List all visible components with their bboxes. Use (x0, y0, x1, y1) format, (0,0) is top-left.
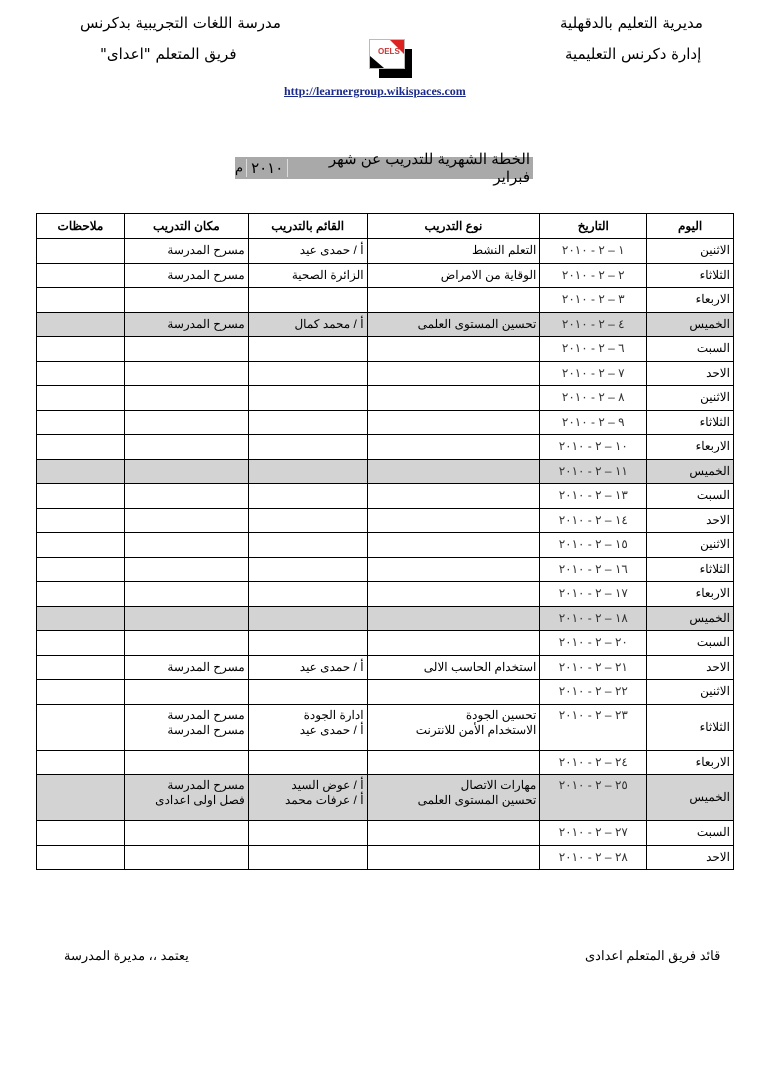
cell-day-line: الاربعاء (650, 439, 730, 454)
cell-location (124, 484, 248, 509)
title-year: ٢٠١٠ (246, 159, 288, 177)
cell-notes (37, 750, 125, 775)
cell-training-type-line: الوقاية من الامراض (371, 268, 537, 283)
cell-day-line: الاربعاء (650, 292, 730, 307)
logo-text: OELS (378, 47, 400, 56)
cell-training-type (367, 680, 540, 705)
cell-location-line-2: مسرح المدرسة (128, 723, 245, 738)
cell-trainer (248, 533, 367, 558)
cell-location (124, 410, 248, 435)
table-row: الثلاثاء٢ – ٢ - ٢٠١٠الوقاية من الامراضال… (37, 263, 734, 288)
table-row: السبت٢٠ – ٢ - ٢٠١٠ (37, 631, 734, 656)
cell-notes (37, 655, 125, 680)
cell-location (124, 582, 248, 607)
cell-day: الثلاثاء (647, 704, 734, 750)
cell-day-line: الاثنين (650, 684, 730, 699)
cell-notes (37, 239, 125, 264)
cell-training-type (367, 508, 540, 533)
cell-date: ٢٥ – ٢ - ٢٠١٠ (540, 775, 647, 821)
cell-date-line: ٢ – ٢ - ٢٠١٠ (543, 268, 643, 283)
cell-notes (37, 386, 125, 411)
cell-date: ٢٨ – ٢ - ٢٠١٠ (540, 845, 647, 870)
cell-day: الخميس (647, 459, 734, 484)
cell-notes (37, 263, 125, 288)
cell-notes (37, 606, 125, 631)
cell-training-type (367, 557, 540, 582)
cell-date-line: ١ – ٢ - ٢٠١٠ (543, 243, 643, 258)
cell-day: الاثنين (647, 239, 734, 264)
cell-training-type (367, 288, 540, 313)
cell-date-line: ٢٨ – ٢ - ٢٠١٠ (543, 850, 643, 865)
cell-day: الاثنين (647, 533, 734, 558)
cell-trainer (248, 631, 367, 656)
cell-trainer (248, 361, 367, 386)
cell-day-line: الخميس (650, 790, 730, 805)
table-row: الاربعاء١٠ – ٢ - ٢٠١٠ (37, 435, 734, 460)
cell-training-type (367, 459, 540, 484)
cell-trainer-line: أ / حمدى عيد (252, 660, 364, 675)
cell-date: ٢٢ – ٢ - ٢٠١٠ (540, 680, 647, 705)
cell-notes (37, 845, 125, 870)
table-row: الاربعاء٢٤ – ٢ - ٢٠١٠ (37, 750, 734, 775)
table-row: الثلاثاء٩ – ٢ - ٢٠١٠ (37, 410, 734, 435)
cell-day-line: الخميس (650, 611, 730, 626)
cell-notes (37, 410, 125, 435)
cell-day-line: السبت (650, 635, 730, 650)
cell-day: الخميس (647, 606, 734, 631)
cell-location: مسرح المدرسة (124, 655, 248, 680)
cell-training-type: استخدام الحاسب الالى (367, 655, 540, 680)
cell-location (124, 680, 248, 705)
cell-location (124, 435, 248, 460)
cell-trainer-line-2: أ / حمدى عيد (252, 723, 364, 738)
cell-date-line: ١٨ – ٢ - ٢٠١٠ (543, 611, 643, 626)
cell-location (124, 631, 248, 656)
cell-day: الاربعاء (647, 582, 734, 607)
cell-training-type (367, 410, 540, 435)
cell-day: الخميس (647, 775, 734, 821)
table-row: السبت١٣ – ٢ - ٢٠١٠ (37, 484, 734, 509)
cell-trainer (248, 508, 367, 533)
cell-date: ٨ – ٢ - ٢٠١٠ (540, 386, 647, 411)
cell-date: ٧ – ٢ - ٢٠١٠ (540, 361, 647, 386)
cell-training-type-line: تحسين المستوى العلمى (371, 317, 537, 332)
cell-trainer: أ / محمد كمال (248, 312, 367, 337)
cell-notes (37, 435, 125, 460)
cell-notes (37, 821, 125, 846)
cell-day: الثلاثاء (647, 557, 734, 582)
cell-location-line: مسرح المدرسة (128, 268, 245, 283)
table-row: الخميس١١ – ٢ - ٢٠١٠ (37, 459, 734, 484)
cell-training-type (367, 821, 540, 846)
cell-location-line: مسرح المدرسة (128, 317, 245, 332)
cell-day-line: الخميس (650, 464, 730, 479)
principal-approval: يعتمد ،، مديرة المدرسة (64, 948, 189, 964)
cell-notes (37, 533, 125, 558)
cell-trainer (248, 557, 367, 582)
cell-notes (37, 557, 125, 582)
cell-training-type (367, 386, 540, 411)
cell-trainer (248, 410, 367, 435)
team-leader-signature: قائد فريق المتعلم اعدادى (585, 948, 720, 964)
cell-day: الثلاثاء (647, 410, 734, 435)
cell-day: السبت (647, 631, 734, 656)
cell-training-type-line-2: تحسين المستوى العلمى (371, 793, 537, 808)
cell-training-type (367, 435, 540, 460)
cell-location (124, 533, 248, 558)
cell-trainer (248, 459, 367, 484)
table-row: الاربعاء١٧ – ٢ - ٢٠١٠ (37, 582, 734, 607)
cell-location (124, 750, 248, 775)
cell-training-type: التعلم النشط (367, 239, 540, 264)
table-row: الاثنين١ – ٢ - ٢٠١٠التعلم النشطأ / حمدى … (37, 239, 734, 264)
cell-date: ٢ – ٢ - ٢٠١٠ (540, 263, 647, 288)
cell-date: ١٦ – ٢ - ٢٠١٠ (540, 557, 647, 582)
cell-day-line: الثلاثاء (650, 562, 730, 577)
table-row: الاحد٢٨ – ٢ - ٢٠١٠ (37, 845, 734, 870)
cell-day: الاثنين (647, 386, 734, 411)
cell-trainer (248, 845, 367, 870)
cell-date: ٢٧ – ٢ - ٢٠١٠ (540, 821, 647, 846)
cell-date: ١١ – ٢ - ٢٠١٠ (540, 459, 647, 484)
cell-day: السبت (647, 484, 734, 509)
cell-location: مسرح المدرسةمسرح المدرسة (124, 704, 248, 750)
cell-training-type-line: تحسين الجودة (371, 708, 537, 723)
cell-training-type: تحسين الجودةالاستخدام الأمن للانترنت (367, 704, 540, 750)
col-header-trainer: القائم بالتدريب (248, 214, 367, 239)
cell-date: ١٧ – ٢ - ٢٠١٠ (540, 582, 647, 607)
cell-notes (37, 312, 125, 337)
cell-trainer (248, 680, 367, 705)
cell-location (124, 821, 248, 846)
cell-day-line: الاحد (650, 513, 730, 528)
cell-date: ١٨ – ٢ - ٢٠١٠ (540, 606, 647, 631)
cell-day: الاربعاء (647, 750, 734, 775)
cell-location: مسرح المدرسة (124, 263, 248, 288)
col-header-location: مكان التدريب (124, 214, 248, 239)
cell-day: الاحد (647, 508, 734, 533)
cell-date-line: ٣ – ٢ - ٢٠١٠ (543, 292, 643, 307)
cell-location (124, 386, 248, 411)
cell-location-line: مسرح المدرسة (128, 708, 245, 723)
team-name: فريق المتعلم "اعداى" (100, 45, 237, 63)
cell-date: ١٣ – ٢ - ٢٠١٠ (540, 484, 647, 509)
cell-location: مسرح المدرسة (124, 312, 248, 337)
cell-date: ١ – ٢ - ٢٠١٠ (540, 239, 647, 264)
table-row: الاحد٢١ – ٢ - ٢٠١٠استخدام الحاسب الالىأ … (37, 655, 734, 680)
cell-location (124, 508, 248, 533)
cell-training-type (367, 361, 540, 386)
cell-day: الاربعاء (647, 288, 734, 313)
cell-date-line: ١٣ – ٢ - ٢٠١٠ (543, 488, 643, 503)
cell-day-line: الاحد (650, 660, 730, 675)
table-row: الثلاثاء٢٣ – ٢ - ٢٠١٠تحسين الجودةالاستخد… (37, 704, 734, 750)
col-header-notes: ملاحظات (37, 214, 125, 239)
cell-day-line: الاثنين (650, 390, 730, 405)
cell-day-line: الخميس (650, 317, 730, 332)
cell-day: السبت (647, 337, 734, 362)
cell-training-type (367, 606, 540, 631)
col-header-day: اليوم (647, 214, 734, 239)
cell-date: ٣ – ٢ - ٢٠١٠ (540, 288, 647, 313)
cell-location (124, 606, 248, 631)
cell-training-type (367, 337, 540, 362)
administration-name: إدارة دكرنس التعليمية (565, 45, 701, 63)
cell-notes (37, 680, 125, 705)
cell-date-line: ٢٥ – ٢ - ٢٠١٠ (543, 778, 643, 793)
cell-day: الثلاثاء (647, 263, 734, 288)
cell-date-line: ٢٣ – ٢ - ٢٠١٠ (543, 708, 643, 723)
cell-date-line: ١٠ – ٢ - ٢٠١٠ (543, 439, 643, 454)
website-link[interactable]: http://learnergroup.wikispaces.com (284, 84, 466, 99)
cell-date-line: ٢٠ – ٢ - ٢٠١٠ (543, 635, 643, 650)
training-schedule-table: اليوم التاريخ نوع التدريب القائم بالتدري… (36, 213, 734, 870)
cell-day-line: السبت (650, 488, 730, 503)
cell-date-line: ٨ – ٢ - ٢٠١٠ (543, 390, 643, 405)
cell-notes (37, 508, 125, 533)
cell-location (124, 288, 248, 313)
cell-date-line: ٧ – ٢ - ٢٠١٠ (543, 366, 643, 381)
cell-training-type (367, 845, 540, 870)
cell-date: ٢١ – ٢ - ٢٠١٠ (540, 655, 647, 680)
cell-trainer (248, 386, 367, 411)
title-text: الخطة الشهرية للتدريب عن شهر فبراير (298, 150, 533, 186)
cell-trainer: الزائرة الصحية (248, 263, 367, 288)
cell-training-type: الوقاية من الامراض (367, 263, 540, 288)
cell-training-type-line: مهارات الاتصال (371, 778, 537, 793)
cell-trainer: أ / حمدى عيد (248, 655, 367, 680)
cell-notes (37, 775, 125, 821)
school-name: مدرسة اللغات التجريبية بدكرنس (80, 14, 281, 32)
cell-day: الخميس (647, 312, 734, 337)
table-row: الخميس٢٥ – ٢ - ٢٠١٠مهارات الاتصالتحسين ا… (37, 775, 734, 821)
cell-trainer (248, 288, 367, 313)
cell-date: ١٠ – ٢ - ٢٠١٠ (540, 435, 647, 460)
cell-trainer-line: أ / عوض السيد (252, 778, 364, 793)
table-row: الاحد٧ – ٢ - ٢٠١٠ (37, 361, 734, 386)
table-row: الاربعاء٣ – ٢ - ٢٠١٠ (37, 288, 734, 313)
table-row: السبت٢٧ – ٢ - ٢٠١٠ (37, 821, 734, 846)
cell-date: ٢٠ – ٢ - ٢٠١٠ (540, 631, 647, 656)
cell-day: الاحد (647, 845, 734, 870)
cell-day-line: الاربعاء (650, 755, 730, 770)
cell-date-line: ٦ – ٢ - ٢٠١٠ (543, 341, 643, 356)
cell-day: الاربعاء (647, 435, 734, 460)
cell-notes (37, 288, 125, 313)
cell-trainer: أ / عوض السيدأ / عرفات محمد (248, 775, 367, 821)
cell-location (124, 361, 248, 386)
cell-date-line: ١١ – ٢ - ٢٠١٠ (543, 464, 643, 479)
cell-trainer-line: أ / محمد كمال (252, 317, 364, 332)
cell-trainer: أ / حمدى عيد (248, 239, 367, 264)
cell-notes (37, 459, 125, 484)
cell-notes (37, 582, 125, 607)
cell-date: ٢٣ – ٢ - ٢٠١٠ (540, 704, 647, 750)
cell-day: الاحد (647, 361, 734, 386)
cell-day-line: الاحد (650, 850, 730, 865)
table-header-row: اليوم التاريخ نوع التدريب القائم بالتدري… (37, 214, 734, 239)
cell-location: مسرح المدرسةفصل اولى اعدادى (124, 775, 248, 821)
cell-notes (37, 361, 125, 386)
cell-notes (37, 631, 125, 656)
cell-trainer-line: الزائرة الصحية (252, 268, 364, 283)
cell-day-line: السبت (650, 825, 730, 840)
table-row: الثلاثاء١٦ – ٢ - ٢٠١٠ (37, 557, 734, 582)
cell-location-line-2: فصل اولى اعدادى (128, 793, 245, 808)
cell-location: مسرح المدرسة (124, 239, 248, 264)
cell-day-line: الاحد (650, 366, 730, 381)
table-row: الاثنين١٥ – ٢ - ٢٠١٠ (37, 533, 734, 558)
cell-day: الاثنين (647, 680, 734, 705)
cell-trainer-line: ادارة الجودة (252, 708, 364, 723)
cell-date: ١٥ – ٢ - ٢٠١٠ (540, 533, 647, 558)
cell-training-type-line-2: الاستخدام الأمن للانترنت (371, 723, 537, 738)
cell-trainer (248, 606, 367, 631)
cell-location (124, 845, 248, 870)
cell-trainer (248, 484, 367, 509)
cell-trainer (248, 821, 367, 846)
cell-location (124, 557, 248, 582)
cell-day: الاحد (647, 655, 734, 680)
cell-training-type (367, 750, 540, 775)
cell-notes (37, 704, 125, 750)
cell-date-line: ١٦ – ٢ - ٢٠١٠ (543, 562, 643, 577)
col-header-training-type: نوع التدريب (367, 214, 540, 239)
cell-day-line: السبت (650, 341, 730, 356)
table-row: الخميس١٨ – ٢ - ٢٠١٠ (37, 606, 734, 631)
logo-black-corner (370, 56, 384, 68)
table-row: الاحد١٤ – ٢ - ٢٠١٠ (37, 508, 734, 533)
cell-date-line: ١٧ – ٢ - ٢٠١٠ (543, 586, 643, 601)
cell-trainer-line: أ / حمدى عيد (252, 243, 364, 258)
cell-training-type: مهارات الاتصالتحسين المستوى العلمى (367, 775, 540, 821)
cell-location-line: مسرح المدرسة (128, 660, 245, 675)
cell-training-type (367, 533, 540, 558)
cell-trainer: ادارة الجودةأ / حمدى عيد (248, 704, 367, 750)
col-header-date: التاريخ (540, 214, 647, 239)
cell-location-line: مسرح المدرسة (128, 243, 245, 258)
cell-date: ٢٤ – ٢ - ٢٠١٠ (540, 750, 647, 775)
cell-training-type: تحسين المستوى العلمى (367, 312, 540, 337)
cell-day: السبت (647, 821, 734, 846)
cell-trainer (248, 750, 367, 775)
cell-notes (37, 484, 125, 509)
cell-day-line: الثلاثاء (650, 268, 730, 283)
cell-date-line: ٢٢ – ٢ - ٢٠١٠ (543, 684, 643, 699)
cell-date: ٦ – ٢ - ٢٠١٠ (540, 337, 647, 362)
school-logo: OELS (369, 39, 405, 69)
cell-location (124, 337, 248, 362)
cell-trainer-line-2: أ / عرفات محمد (252, 793, 364, 808)
cell-date: ١٤ – ٢ - ٢٠١٠ (540, 508, 647, 533)
page-title: الخطة الشهرية للتدريب عن شهر فبراير ٢٠١٠… (235, 157, 533, 179)
cell-location (124, 459, 248, 484)
cell-date-line: ٤ – ٢ - ٢٠١٠ (543, 317, 643, 332)
cell-date-line: ١٤ – ٢ - ٢٠١٠ (543, 513, 643, 528)
cell-day-line: الثلاثاء (650, 720, 730, 735)
cell-date-line: ٢١ – ٢ - ٢٠١٠ (543, 660, 643, 675)
table-row: الاثنين٨ – ٢ - ٢٠١٠ (37, 386, 734, 411)
cell-training-type (367, 631, 540, 656)
cell-trainer (248, 337, 367, 362)
cell-date-line: ١٥ – ٢ - ٢٠١٠ (543, 537, 643, 552)
cell-notes (37, 337, 125, 362)
title-suffix: م (235, 160, 246, 176)
cell-day-line: الاربعاء (650, 586, 730, 601)
cell-day-line: الثلاثاء (650, 415, 730, 430)
table-row: الخميس٤ – ٢ - ٢٠١٠تحسين المستوى العلمىأ … (37, 312, 734, 337)
cell-day-line: الاثنين (650, 243, 730, 258)
table-row: الاثنين٢٢ – ٢ - ٢٠١٠ (37, 680, 734, 705)
cell-trainer (248, 435, 367, 460)
cell-date-line: ٢٧ – ٢ - ٢٠١٠ (543, 825, 643, 840)
cell-training-type-line: التعلم النشط (371, 243, 537, 258)
cell-date-line: ٢٤ – ٢ - ٢٠١٠ (543, 755, 643, 770)
directorate-name: مديرية التعليم بالدقهلية (560, 14, 703, 32)
cell-location-line: مسرح المدرسة (128, 778, 245, 793)
cell-training-type (367, 484, 540, 509)
cell-training-type-line: استخدام الحاسب الالى (371, 660, 537, 675)
table-row: السبت٦ – ٢ - ٢٠١٠ (37, 337, 734, 362)
cell-date-line: ٩ – ٢ - ٢٠١٠ (543, 415, 643, 430)
cell-date: ٤ – ٢ - ٢٠١٠ (540, 312, 647, 337)
cell-day-line: الاثنين (650, 537, 730, 552)
cell-training-type (367, 582, 540, 607)
cell-date: ٩ – ٢ - ٢٠١٠ (540, 410, 647, 435)
cell-trainer (248, 582, 367, 607)
